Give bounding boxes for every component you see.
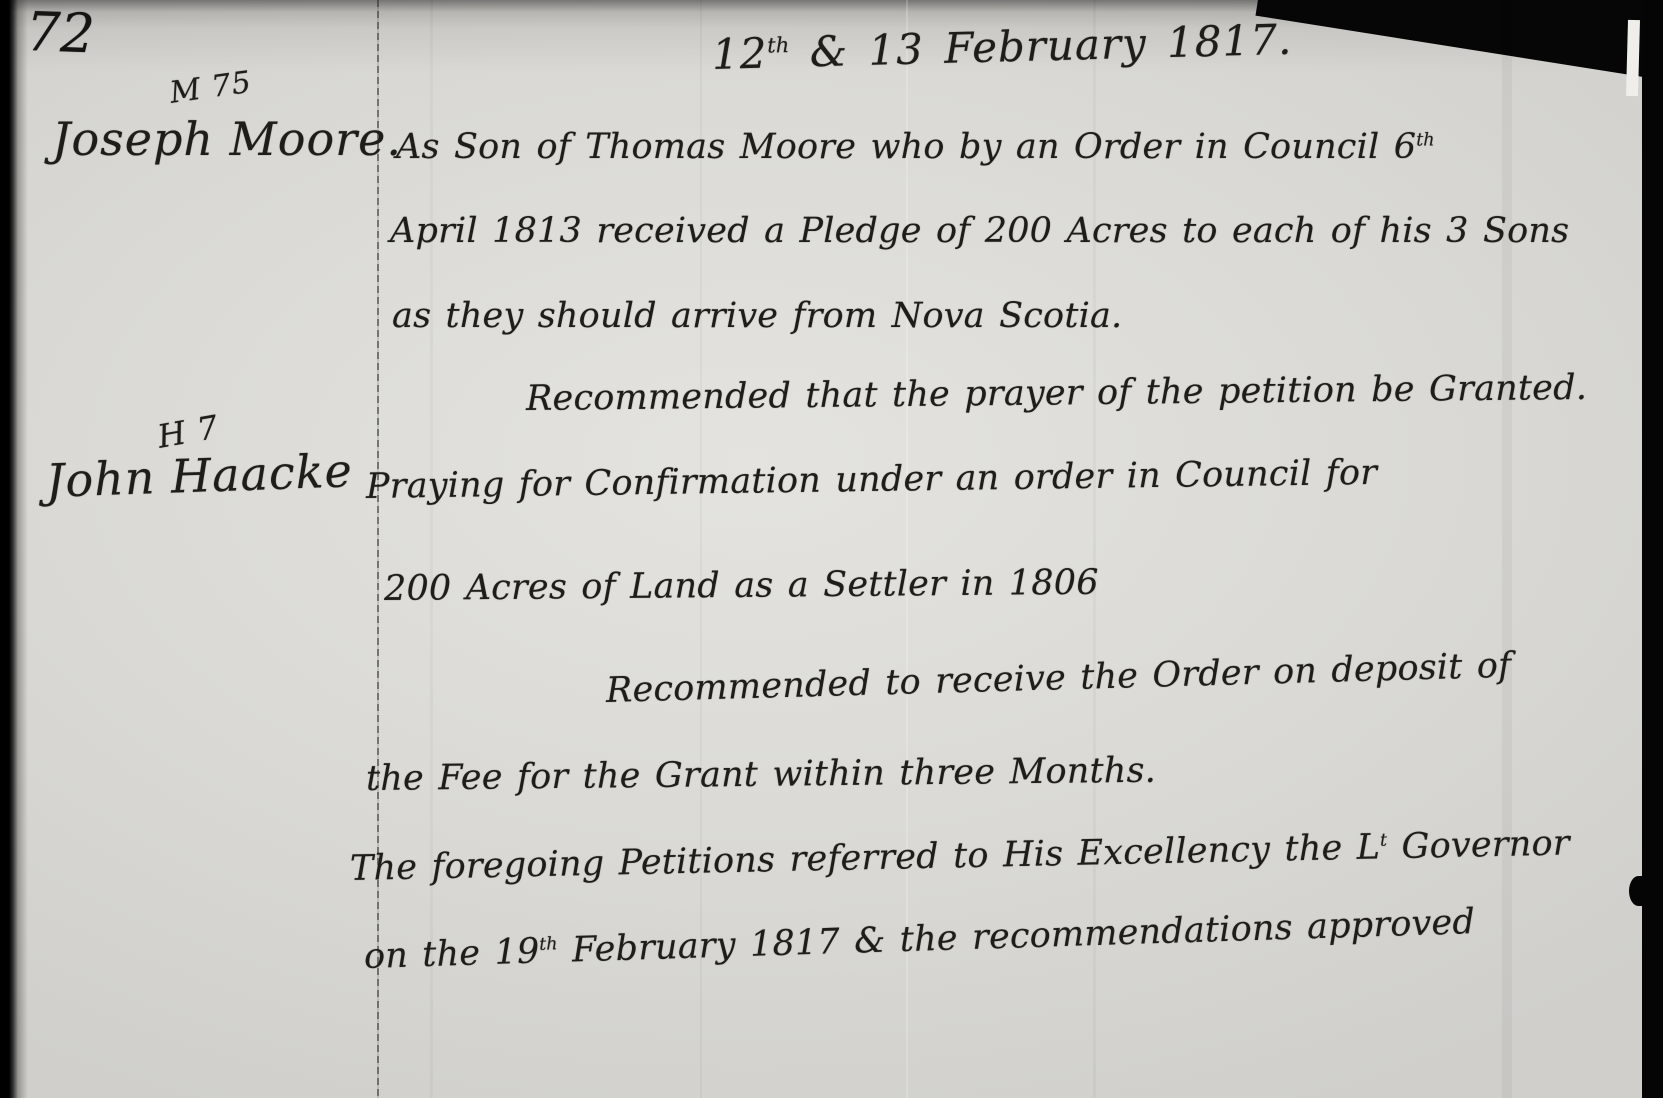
closing-line: The foregoing Petitions referred to His … [350, 823, 1571, 889]
paper-crease [1502, 0, 1512, 1098]
scan-edge-right [1642, 0, 1663, 1098]
entry-line: the Fee for the Grant within three Month… [366, 751, 1156, 799]
date-heading: 12th & 13 February 1817. [711, 15, 1293, 79]
entry-line: As Son of Thomas Moore who by an Order i… [396, 127, 1435, 167]
entry-line: as they should arrive from Nova Scotia. [392, 296, 1122, 336]
ink-blot-artifact [1629, 876, 1648, 906]
paper-slip-artifact [1626, 20, 1640, 96]
entry-line: 200 Acres of Land as a Settler in 1806 [384, 563, 1099, 609]
scan-edge-left [0, 0, 28, 1098]
entry-line: Recommended that the prayer of the petit… [526, 368, 1587, 419]
register-scan-page: 72 12th & 13 February 1817. M 75 Joseph … [0, 0, 1663, 1098]
closing-line: on the 19th February 1817 & the recommen… [363, 902, 1475, 977]
margin-ref: M 75 [168, 65, 255, 111]
entry-line: Recommended to receive the Order on depo… [605, 646, 1511, 711]
petitioner-name: Joseph Moore. [52, 112, 402, 166]
entry-line: Praying for Confirmation under an order … [366, 453, 1378, 507]
petitioner-name: John Haacke [45, 443, 354, 508]
entry-line: April 1813 received a Pledge of 200 Acre… [390, 211, 1569, 251]
scan-corner-shadow [1255, 0, 1663, 83]
page-number: 72 [25, 0, 96, 65]
